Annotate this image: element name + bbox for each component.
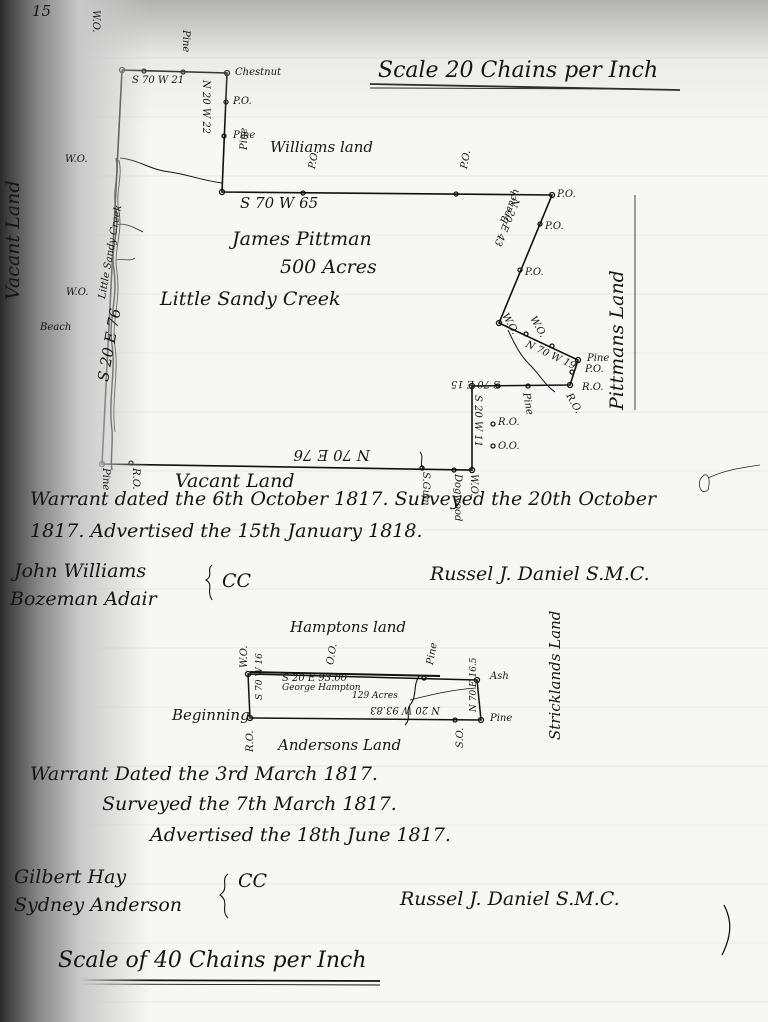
corner-label-wo-west-2: W.O. bbox=[66, 288, 89, 298]
plat-1-chain-carrier-2: Bozeman Adair bbox=[10, 590, 157, 609]
plat-2-call-bottom: N 20 W 93.83 bbox=[370, 704, 440, 714]
call-n70e76: N 70 E 76 bbox=[293, 447, 370, 462]
plat-1-owner: James Pittman bbox=[232, 230, 372, 249]
plat-2-warrant-line: Warrant Dated the 3rd March 1817. bbox=[30, 765, 378, 784]
call-s70w65: S 70 W 65 bbox=[240, 196, 318, 211]
plat-2-advertised-line: Advertised the 18th June 1817. bbox=[150, 826, 451, 845]
plat-2-acreage: 129 Acres bbox=[352, 692, 398, 701]
call-s70e15: S 70 E 15 bbox=[451, 378, 500, 388]
plat-2-beginning: Beginning bbox=[172, 708, 250, 723]
corner-label-pine-east: Pine bbox=[587, 354, 609, 364]
scale-underline-2 bbox=[58, 980, 380, 981]
corner-label-po-5: P.O. bbox=[545, 222, 564, 232]
corner-label-po-4: P.O. bbox=[557, 190, 576, 200]
plat-2-corner-so: S.O. bbox=[456, 728, 466, 748]
plat-1-surveyor-signature: Russel J. Daniel S.M.C. bbox=[430, 565, 650, 584]
plat-1-advertised-line: 1817. Advertised the 15th January 1818. bbox=[30, 522, 423, 541]
corner-label-po-east: P.O. bbox=[585, 365, 604, 375]
plat-2-corner-ro: R.O. bbox=[246, 731, 256, 753]
corner-label-pine-2: Pine bbox=[240, 128, 250, 150]
corner-label-beach: Beach bbox=[40, 323, 71, 333]
plat-2-call-west: S 70 W 16 bbox=[256, 653, 265, 700]
plat-1-watercourse: Little Sandy Creek bbox=[160, 290, 340, 309]
plat-2-corner-wo: W.O. bbox=[240, 646, 250, 669]
branch-creek bbox=[120, 158, 222, 183]
corner-label-wo-top: W.O. bbox=[90, 10, 100, 33]
corner-label-po-1: P.O. bbox=[233, 97, 252, 107]
corner-label-ro-south: R.O. bbox=[498, 418, 520, 428]
plat-2-cc-label: CC bbox=[238, 872, 267, 891]
plat-2-surveyor-signature: Russel J. Daniel S.M.C. bbox=[400, 890, 620, 909]
plat-2-adjoining-east: Stricklands Land bbox=[548, 611, 563, 740]
plat-1-warrant-line: Warrant dated the 6th October 1817. Surv… bbox=[30, 490, 656, 509]
plat-1-scale: Scale 20 Chains per Inch bbox=[378, 60, 658, 82]
call-s20w11: S 20 W 11 bbox=[472, 395, 482, 447]
adjoining-west-label: Vacant Land bbox=[4, 180, 23, 300]
corner-label-oo: O.O. bbox=[498, 442, 520, 452]
corner-label-pine-sw: Pine bbox=[100, 468, 110, 490]
plat-2-call-east: N 70 E 16.5 bbox=[470, 657, 479, 712]
adjoining-east-label: Pittmans Land bbox=[608, 270, 627, 410]
plat-2-scale: Scale of 40 Chains per Inch bbox=[58, 950, 367, 972]
page-number: 15 bbox=[32, 4, 51, 19]
plat-1-acreage: 500 Acres bbox=[280, 258, 377, 277]
plat-1-chain-carrier-1: John Williams bbox=[14, 562, 146, 581]
plat-2-corner-pine-se: Pine bbox=[490, 714, 512, 724]
plat-2-owner: George Hampton bbox=[282, 684, 361, 693]
adjoining-north-label: Williams land bbox=[270, 140, 373, 155]
plat-1-cc-label: CC bbox=[222, 572, 251, 591]
call-n20w22: N 20 W 22 bbox=[200, 80, 210, 134]
corner-label-wo-west-1: W.O. bbox=[65, 155, 88, 165]
plat-2-chain-carrier-2: Sydney Anderson bbox=[14, 896, 182, 915]
corner-label-ro-east: R.O. bbox=[582, 383, 604, 393]
corner-label-chestnut: Chestnut bbox=[235, 68, 281, 78]
call-s70w21: S 70 W 21 bbox=[132, 76, 184, 86]
corner-label-ro-sw: R.O. bbox=[130, 468, 140, 490]
corner-label-pine-top: Pine bbox=[180, 30, 190, 52]
plat-2-surveyed-line: Surveyed the 7th March 1817. bbox=[102, 795, 397, 814]
plat-2-adjoining-north: Hamptons land bbox=[290, 620, 406, 635]
plat-2-adjoining-south: Andersons Land bbox=[278, 738, 401, 753]
plat-2-chain-carrier-1: Gilbert Hay bbox=[14, 868, 126, 887]
corner-label-po-6: P.O. bbox=[525, 268, 544, 278]
plat-2-corner-ash: Ash bbox=[490, 672, 509, 682]
